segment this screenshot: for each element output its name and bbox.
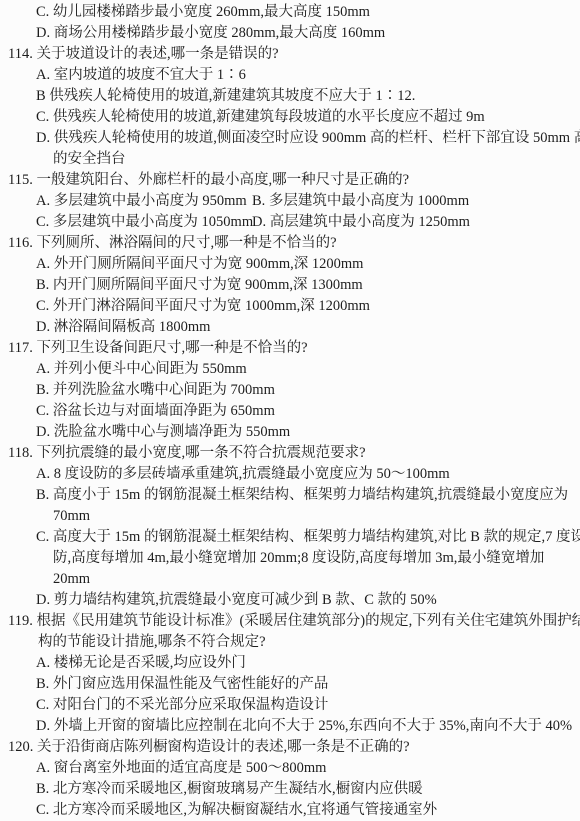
option-118-c-cont2: 20mm bbox=[0, 569, 580, 590]
option-116-d: D. 淋浴隔间隔板高 1800mm bbox=[0, 317, 580, 338]
options-115-row-cd: C. 多层建筑中最小高度为 1050mm D. 高层建筑中最小高度为 1250m… bbox=[0, 212, 580, 233]
question-115: 115. 一般建筑阳台、外廊栏杆的最小高度,哪一种尺寸是正确的? bbox=[0, 170, 580, 191]
option-119-d: D. 外墙上开窗的窗墙比应控制在北向不大于 25%,东西向不大于 35%,南向不… bbox=[0, 716, 580, 737]
option-prev-d: D. 商场公用楼梯踏步最小宽度 280mm,最大高度 160mm bbox=[0, 23, 580, 44]
option-120-b: B. 北方寒冷而采暖地区,橱窗玻璃易产生凝结水,橱窗内应供暖 bbox=[0, 779, 580, 800]
option-120-a: A. 窗台离室外地面的适宜高度是 500～800mm bbox=[0, 758, 580, 779]
option-115-b: B. 多层建筑中最小高度为 1000mm bbox=[252, 191, 580, 212]
option-114-d-cont: 的安全挡台 bbox=[0, 149, 580, 170]
option-118-c-cont: 防,高度每增加 4m,最小缝宽增加 20mm;8 度设防,高度每增加 3m,最小… bbox=[0, 548, 580, 569]
option-116-a: A. 外开门厕所隔间平面尺寸为宽 900mm,深 1200mm bbox=[0, 254, 580, 275]
option-118-c: C. 高度大于 15m 的钢筋混凝土框架结构、框架剪力墙结构建筑,对比 B 款的… bbox=[0, 527, 580, 548]
option-118-b: B. 高度小于 15m 的钢筋混凝土框架结构、框架剪力墙结构建筑,抗震缝最小宽度… bbox=[0, 485, 580, 506]
question-120: 120. 关于沿街商店陈列橱窗构造设计的表述,哪一条是不正确的? bbox=[0, 737, 580, 758]
option-117-d: D. 洗脸盆水嘴中心与测墙净距为 550mm bbox=[0, 422, 580, 443]
option-119-a: A. 楼梯无论是否采暖,均应设外门 bbox=[0, 653, 580, 674]
question-119-cont: 构的节能设计措施,哪条不符合规定? bbox=[0, 632, 580, 653]
options-115-row-ab: A. 多层建筑中最小高度为 950mm B. 多层建筑中最小高度为 1000mm bbox=[0, 191, 580, 212]
option-117-c: C. 浴盆长边与对面墙面净距为 650mm bbox=[0, 401, 580, 422]
option-114-d: D. 供残疾人轮椅使用的坡道,侧面凌空时应设 900mm 高的栏杆、栏杆下部宜设… bbox=[0, 128, 580, 149]
question-114: 114. 关于坡道设计的表述,哪一条是错误的? bbox=[0, 44, 580, 65]
option-117-a: A. 并列小便斗中心间距为 550mm bbox=[0, 359, 580, 380]
option-118-b-cont: 70mm bbox=[0, 506, 580, 527]
question-119: 119. 根据《民用建筑节能设计标准》(采暖居住建筑部分)的规定,下列有关住宅建… bbox=[0, 611, 580, 632]
option-118-a: A. 8 度设防的多层砖墙承重建筑,抗震缝最小宽度应为 50～100mm bbox=[0, 464, 580, 485]
option-119-b: B. 外门窗应选用保温性能及气密性能好的产品 bbox=[0, 674, 580, 695]
option-114-a: A. 室内坡道的坡度不宜大于 1∶6 bbox=[0, 65, 580, 86]
option-114-c: C. 供残疾人轮椅使用的坡道,新建建筑每段坡道的水平长度应不超过 9m bbox=[0, 107, 580, 128]
exam-page: C. 幼儿园楼梯踏步最小宽度 260mm,最大高度 150mm D. 商场公用楼… bbox=[0, 0, 580, 821]
option-120-c: C. 北方寒冷而采暖地区,为解决橱窗凝结水,宜将通气管接通室外 bbox=[0, 800, 580, 821]
question-117: 117. 下列卫生设备间距尺寸,哪一种是不恰当的? bbox=[0, 338, 580, 359]
question-118: 118. 下列抗震缝的最小宽度,哪一条不符合抗震规范要求? bbox=[0, 443, 580, 464]
option-119-c: C. 对阳台门的不采光部分应采取保温构造设计 bbox=[0, 695, 580, 716]
option-117-b: B. 并列洗脸盆水嘴中心间距为 700mm bbox=[0, 380, 580, 401]
option-116-b: B. 内开门厕所隔间平面尺寸为宽 900mm,深 1300mm bbox=[0, 275, 580, 296]
option-116-c: C. 外开门淋浴隔间平面尺寸为宽 1000mm,深 1200mm bbox=[0, 296, 580, 317]
question-116: 116. 下列厕所、淋浴隔间的尺寸,哪一种是不恰当的? bbox=[0, 233, 580, 254]
option-115-c: C. 多层建筑中最小高度为 1050mm bbox=[36, 212, 252, 233]
option-prev-c: C. 幼儿园楼梯踏步最小宽度 260mm,最大高度 150mm bbox=[0, 2, 580, 23]
option-115-d: D. 高层建筑中最小高度为 1250mm bbox=[252, 212, 580, 233]
option-114-b: B 供残疾人轮椅使用的坡道,新建建筑其坡度不应大于 1∶12. bbox=[0, 86, 580, 107]
option-118-d: D. 剪力墙结构建筑,抗震缝最小宽度可减少到 B 款、C 款的 50% bbox=[0, 590, 580, 611]
option-115-a: A. 多层建筑中最小高度为 950mm bbox=[36, 191, 252, 212]
